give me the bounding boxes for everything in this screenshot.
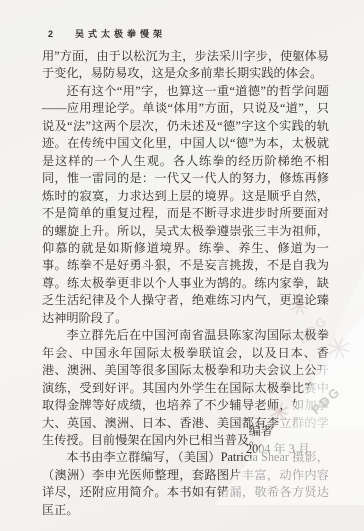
paragraph-2: 还有这个“用”字，也算这一重“道德”的哲学问题——应用理论学。单谈“体用”方面，… — [42, 83, 329, 327]
running-title: 吴式太极拳慢架 — [75, 27, 166, 40]
running-header: 2 吴式太极拳慢架 — [48, 27, 324, 40]
page-number: 2 — [48, 29, 53, 39]
book-page: 2 吴式太极拳慢架 用”方面，由于以松沉为主，步法采川字步，使躯体易于变化，易防… — [0, 0, 364, 531]
signature-date: 2004 年 3 月 — [246, 441, 310, 459]
paragraph-4: 本书由李立群编写，（美国）Patricia Shear 摄影，（澳洲）李申光医师… — [42, 449, 329, 519]
paragraph-1: 用”方面，由于以松沉为主，步法采川字步，使躯体易于变化，易防易攻，这是众多前辈长… — [42, 48, 329, 83]
